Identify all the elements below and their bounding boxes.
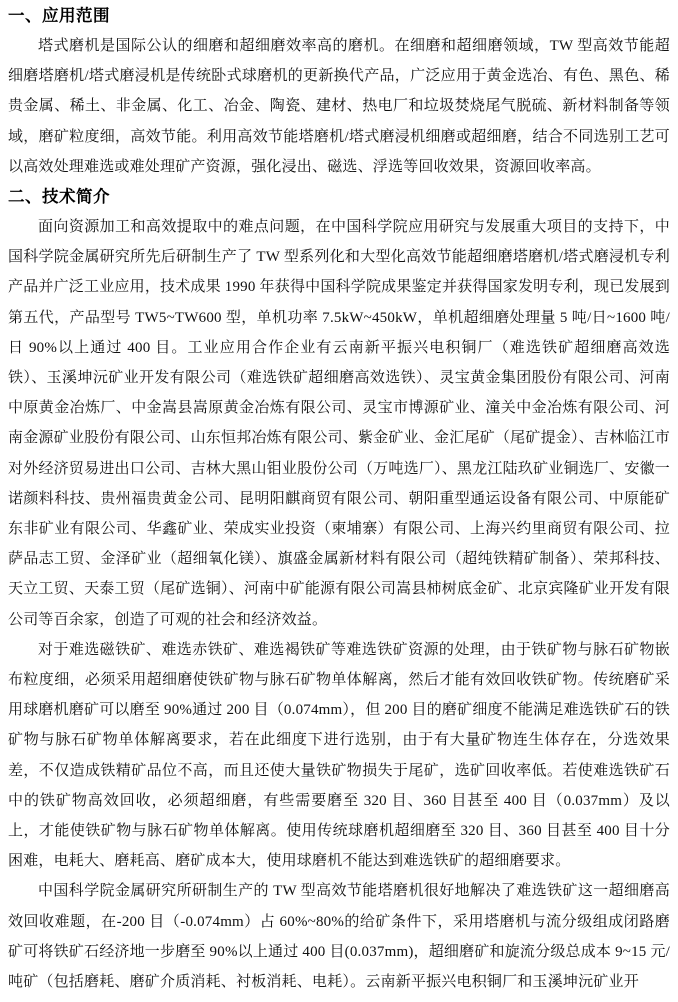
document-page: 一、应用范围 塔式磨机是国际公认的细磨和超细磨效率高的磨机。在细磨和超细磨领域，… <box>0 0 678 1002</box>
paragraph-technical-intro-overview: 面向资源加工和高效提取中的难点问题，在中国科学院应用研究与发展重大项目的支持下，… <box>8 212 670 635</box>
paragraph-refractory-iron-ore-problem: 对于难选磁铁矿、难选赤铁矿、难选褐铁矿等难选铁矿资源的处理，由于铁矿物与脉石矿物… <box>8 635 670 877</box>
section-heading-application-scope: 一、应用范围 <box>8 1 670 31</box>
paragraph-tw-mill-solution: 中国科学院金属研究所研制生产的 TW 型高效节能塔磨机很好地解决了难选铁矿这一超… <box>8 876 670 997</box>
section-heading-technical-intro: 二、技术简介 <box>8 182 670 212</box>
paragraph-application-scope: 塔式磨机是国际公认的细磨和超细磨效率高的磨机。在细磨和超细磨领域，TW 型高效节… <box>8 31 670 182</box>
